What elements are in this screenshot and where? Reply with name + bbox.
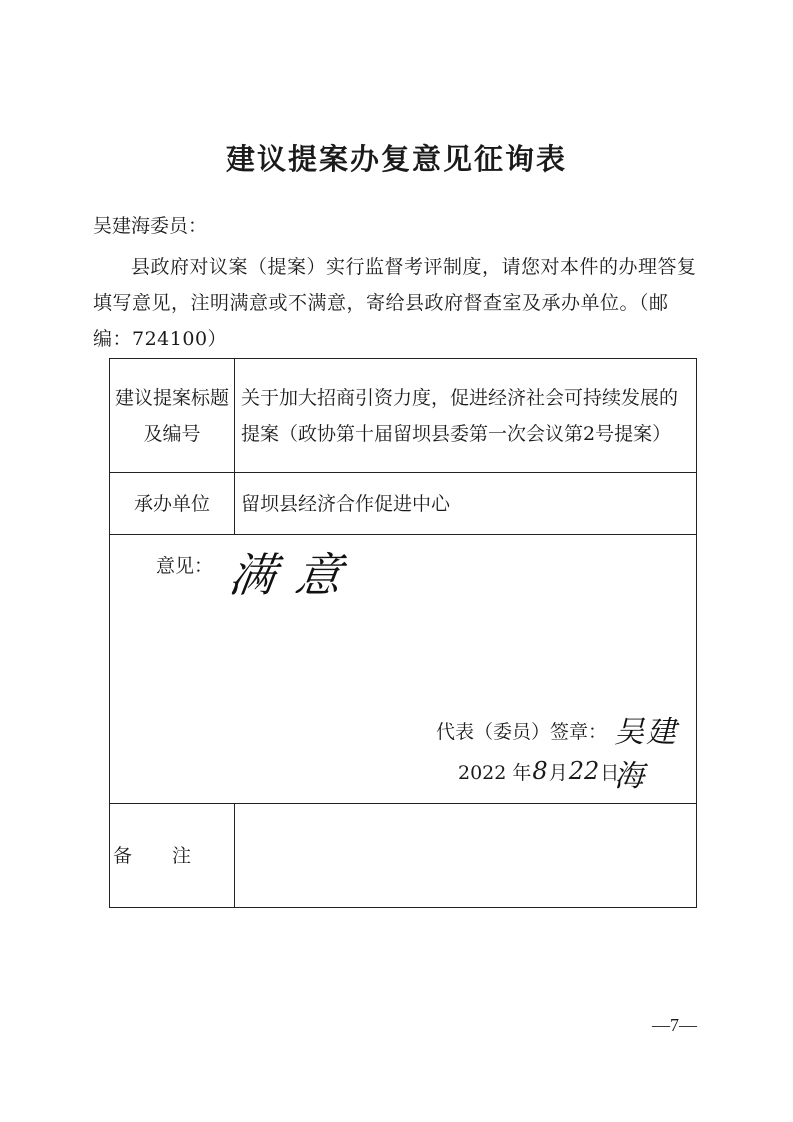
feedback-form-table: 建议提案标题及编号 关于加大招商引资力度，促进经济社会可持续发展的提案（政协第十… xyxy=(109,358,697,908)
opinion-cell: 意见： 满意 代表（委员）签章： 吴建海 2022 年8月22日 xyxy=(110,535,697,804)
remark-value xyxy=(235,804,697,908)
proposal-title-label: 建议提案标题及编号 xyxy=(110,359,235,473)
salutation: 吴建海委员： xyxy=(93,211,207,238)
opinion-label: 意见： xyxy=(156,551,213,578)
table-row-proposal-title: 建议提案标题及编号 关于加大招商引资力度，促进经济社会可持续发展的提案（政协第十… xyxy=(110,359,697,473)
page-number: —7— xyxy=(652,1015,697,1036)
date-year-suffix: 年 xyxy=(512,762,531,784)
table-row-opinion: 意见： 满意 代表（委员）签章： 吴建海 2022 年8月22日 xyxy=(110,535,697,804)
page-title: 建议提案办复意见征询表 xyxy=(0,137,793,178)
table-row-remark: 备注 xyxy=(110,804,697,908)
intro-paragraph: 县政府对议案（提案）实行监督考评制度，请您对本件的办理答复填写意见，注明满意或不… xyxy=(93,249,700,357)
handling-unit-value: 留坝县经济合作促进中心 xyxy=(235,473,697,535)
proposal-title-value: 关于加大招商引资力度，促进经济社会可持续发展的提案（政协第十届留坝县委第一次会议… xyxy=(235,359,697,473)
date-day-suffix: 日 xyxy=(600,762,619,784)
date-month-handwritten: 8 xyxy=(532,757,547,785)
date-month-suffix: 月 xyxy=(549,762,568,784)
handling-unit-label: 承办单位 xyxy=(110,473,235,535)
date-day-handwritten: 22 xyxy=(569,757,600,785)
table-row-handling-unit: 承办单位 留坝县经济合作促进中心 xyxy=(110,473,697,535)
signature-handwritten: 吴建海 xyxy=(614,707,696,795)
opinion-handwritten-value: 满意 xyxy=(225,539,366,605)
signature-date: 2022 年8月22日 xyxy=(458,757,619,785)
remark-label: 备注 xyxy=(110,804,235,908)
signature-label: 代表（委员）签章： xyxy=(436,717,607,744)
date-year: 2022 xyxy=(458,762,506,784)
